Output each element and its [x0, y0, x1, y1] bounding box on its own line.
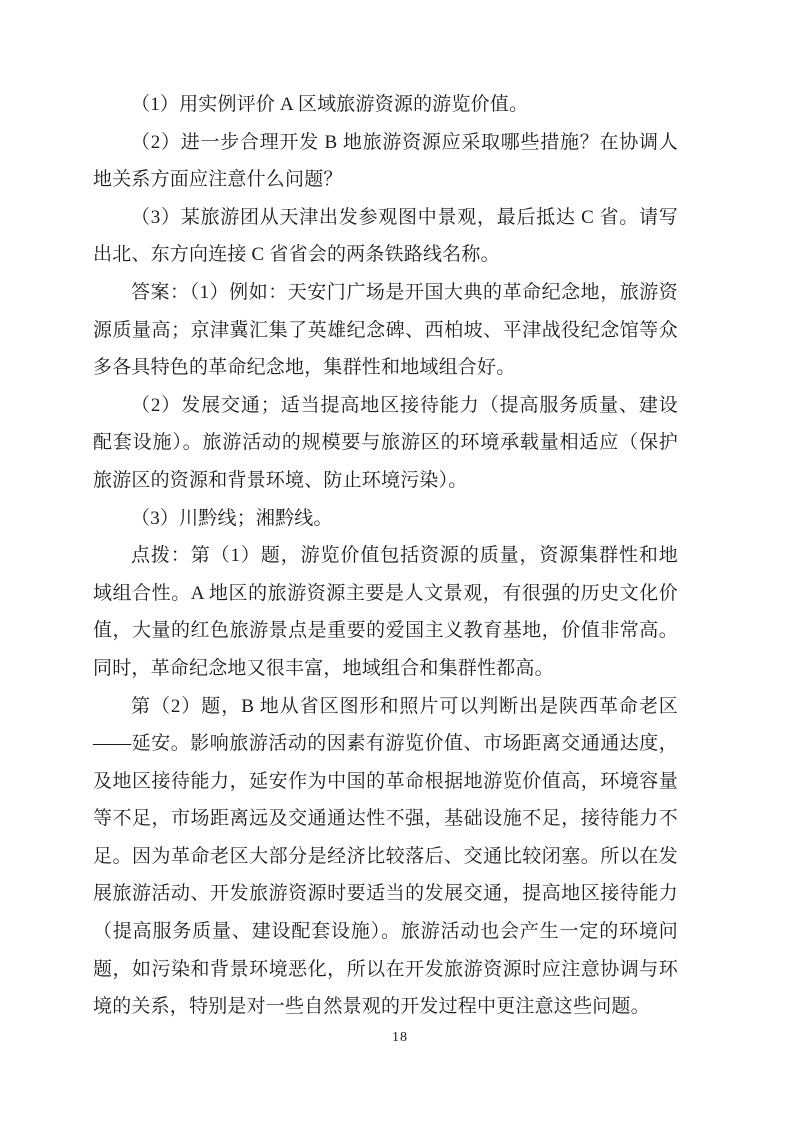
text-line: （3）某旅游团从天津出发参观图中景观，最后抵达 C 省。请写 — [93, 199, 678, 237]
text-line: 境的关系，特别是对一些自然景观的开发过程中更注意这些问题。 — [93, 988, 678, 1026]
text-line: 域组合性。A 地区的旅游资源主要是人文景观，有很强的历史文化价 — [93, 575, 678, 613]
text-line: ——延安。影响旅游活动的因素有游览价值、市场距离交通通达度， — [93, 725, 678, 763]
text-line: 值，大量的红色旅游景点是重要的爱国主义教育基地，价值非常高。 — [93, 612, 678, 650]
text-line: 源质量高；京津冀汇集了英雄纪念碑、西柏坡、平津战役纪念馆等众 — [93, 312, 678, 350]
text-line: （3）川黔线；湘黔线。 — [93, 500, 678, 538]
text-line: 及地区接待能力，延安作为中国的革命根据地游览价值高，环境容量 — [93, 763, 678, 801]
text-line: 展旅游活动、开发旅游资源时要适当的发展交通，提高地区接待能力 — [93, 875, 678, 913]
text-line: 地关系方面应注意什么问题？ — [93, 161, 678, 199]
page-number: 18 — [392, 1030, 408, 1045]
text-line: （1）用实例评价 A 区域旅游资源的游览价值。 — [93, 86, 678, 124]
text-line: 出北、东方向连接 C 省省会的两条铁路线名称。 — [93, 236, 678, 274]
page-footer: 18 — [0, 1028, 800, 1048]
text-line: 题，如污染和背景环境恶化，所以在开发旅游资源时应注意协调与环 — [93, 951, 678, 989]
text-line: 旅游区的资源和背景环境、防止环境污染）。 — [93, 462, 678, 500]
text-line: 点拨：第（1）题，游览价值包括资源的质量，资源集群性和地 — [93, 537, 678, 575]
text-line: 足。因为革命老区大部分是经济比较落后、交通比较闭塞。所以在发 — [93, 838, 678, 876]
text-line: （2）进一步合理开发 B 地旅游资源应采取哪些措施？在协调人 — [93, 124, 678, 162]
text-line: 多各具特色的革命纪念地，集群性和地域组合好。 — [93, 349, 678, 387]
document-body: （1）用实例评价 A 区域旅游资源的游览价值。 （2）进一步合理开发 B 地旅游… — [93, 86, 678, 1026]
text-line: 答案：（1）例如：天安门广场是开国大典的革命纪念地，旅游资 — [93, 274, 678, 312]
text-line: （提高服务质量、建设配套设施）。旅游活动也会产生一定的环境问 — [93, 913, 678, 951]
document-page: （1）用实例评价 A 区域旅游资源的游览价值。 （2）进一步合理开发 B 地旅游… — [0, 0, 800, 1131]
text-line: （2）发展交通；适当提高地区接待能力（提高服务质量、建设 — [93, 387, 678, 425]
text-line: 同时，革命纪念地又很丰富，地域组合和集群性都高。 — [93, 650, 678, 688]
text-line: 等不足，市场距离远及交通通达性不强，基础设施不足，接待能力不 — [93, 800, 678, 838]
text-line: 第（2）题，B 地从省区图形和照片可以判断出是陕西革命老区 — [93, 688, 678, 726]
text-line: 配套设施）。旅游活动的规模要与旅游区的环境承载量相适应（保护 — [93, 424, 678, 462]
